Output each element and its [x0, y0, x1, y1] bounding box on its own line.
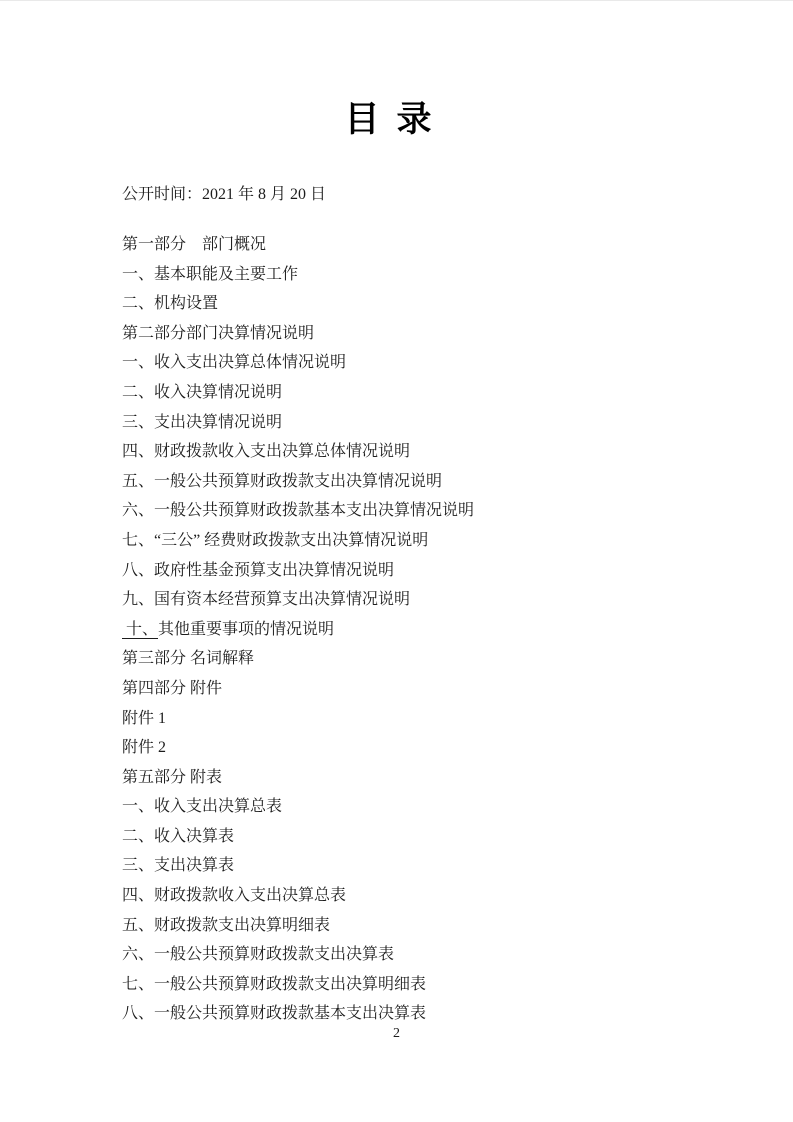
toc-item: 第五部分 附表	[122, 763, 753, 793]
toc-item: 七、一般公共预算财政拨款支出决算明细表	[122, 970, 753, 1000]
toc-item: 一、收入支出决算总表	[122, 792, 753, 822]
toc-item: 第二部分部门决算情况说明	[122, 319, 753, 349]
toc-item: 第四部分 附件	[122, 674, 753, 704]
toc-item: 三、支出决算情况说明	[122, 408, 753, 438]
toc-item: 附件 2	[122, 733, 753, 763]
publish-time: 公开时间：2021 年 8 月 20 日	[0, 180, 793, 209]
page-number: 2	[0, 1025, 793, 1043]
toc-item: 六、一般公共预算财政拨款基本支出决算情况说明	[122, 496, 753, 526]
toc-item: 二、收入决算情况说明	[122, 378, 753, 408]
toc-item: 一、基本职能及主要工作	[122, 260, 753, 290]
toc-item: 第三部分 名词解释	[122, 644, 753, 674]
toc-item: 附件 1	[122, 704, 753, 734]
toc-item-underlined-prefix: 十、	[122, 621, 158, 639]
toc-item: 一、收入支出决算总体情况说明	[122, 348, 753, 378]
toc-item: 二、收入决算表	[122, 822, 753, 852]
toc-item: 第一部分 部门概况	[122, 230, 753, 260]
toc-item: 六、一般公共预算财政拨款支出决算表	[122, 940, 753, 970]
toc-item: 四、财政拨款收入支出决算总体情况说明	[122, 437, 753, 467]
toc-item: 四、财政拨款收入支出决算总表	[122, 881, 753, 911]
document-page: 目录 公开时间：2021 年 8 月 20 日 第一部分 部门概况一、基本职能及…	[0, 0, 793, 1122]
toc-item: 五、财政拨款支出决算明细表	[122, 911, 753, 941]
toc-item: 八、政府性基金预算支出决算情况说明	[122, 556, 753, 586]
toc-item: 三、支出决算表	[122, 851, 753, 881]
toc-list: 第一部分 部门概况一、基本职能及主要工作二、机构设置第二部分部门决算情况说明一、…	[0, 230, 793, 1029]
toc-item: 九、国有资本经营预算支出决算情况说明	[122, 585, 753, 615]
toc-item: 二、机构设置	[122, 289, 753, 319]
toc-item: 十、其他重要事项的情况说明	[122, 615, 753, 645]
toc-item: 七、“三公” 经费财政拨款支出决算情况说明	[122, 526, 753, 556]
page-title: 目录	[0, 1, 793, 140]
toc-item: 五、一般公共预算财政拨款支出决算情况说明	[122, 467, 753, 497]
